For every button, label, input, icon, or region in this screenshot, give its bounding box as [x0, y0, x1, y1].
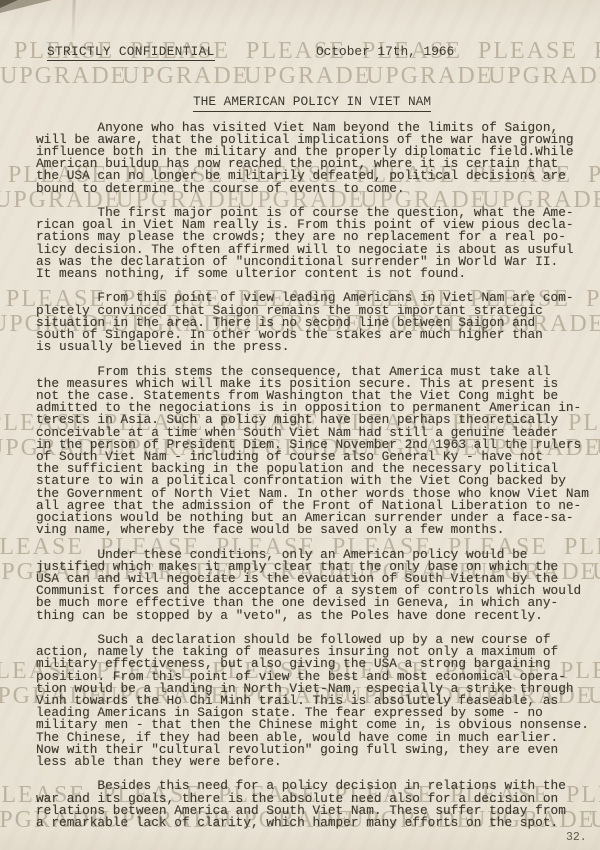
paragraph: The first major point is of course the q…	[36, 207, 588, 280]
document-body: Anyone who has visited Viet Nam beyond t…	[36, 122, 588, 830]
classification-label: STRICTLY CONFIDENTIAL	[47, 44, 215, 61]
paragraph: Besides this need for a policy decision …	[36, 780, 588, 829]
date-label: October 17th, 1966	[316, 44, 454, 59]
watermark-word: UPGRADE	[588, 683, 600, 710]
page-number: 32.	[566, 831, 587, 844]
paragraph: Under these conditions, only an American…	[36, 549, 588, 622]
watermark-word: UPGRADE	[592, 559, 600, 586]
watermark-word: PLEASE	[586, 286, 600, 313]
title-row: THE AMERICAN POLICY IN VIET NAM	[36, 94, 588, 112]
document-page: PLEASEPLEASEPLEASEPLEASEPLEASEPLEASEUPGR…	[0, 0, 600, 850]
watermark-word: UPGRADE	[596, 435, 600, 462]
paragraph: Such a declaration should be followed up…	[36, 634, 588, 768]
watermark-word: UPGRADE	[590, 807, 600, 834]
paragraph: From this point of view leading American…	[36, 292, 588, 353]
watermark-word: PLEASE	[594, 38, 600, 65]
paragraph: From this stems the consequence, that Am…	[36, 366, 588, 537]
watermark-word: PLEASE	[588, 162, 600, 189]
document-content: STRICTLY CONFIDENTIAL October 17th, 1966…	[36, 44, 588, 841]
document-header: STRICTLY CONFIDENTIAL October 17th, 1966	[36, 44, 588, 57]
paragraph: Anyone who has visited Viet Nam beyond t…	[36, 122, 588, 195]
document-title: THE AMERICAN POLICY IN VIET NAM	[193, 94, 431, 112]
